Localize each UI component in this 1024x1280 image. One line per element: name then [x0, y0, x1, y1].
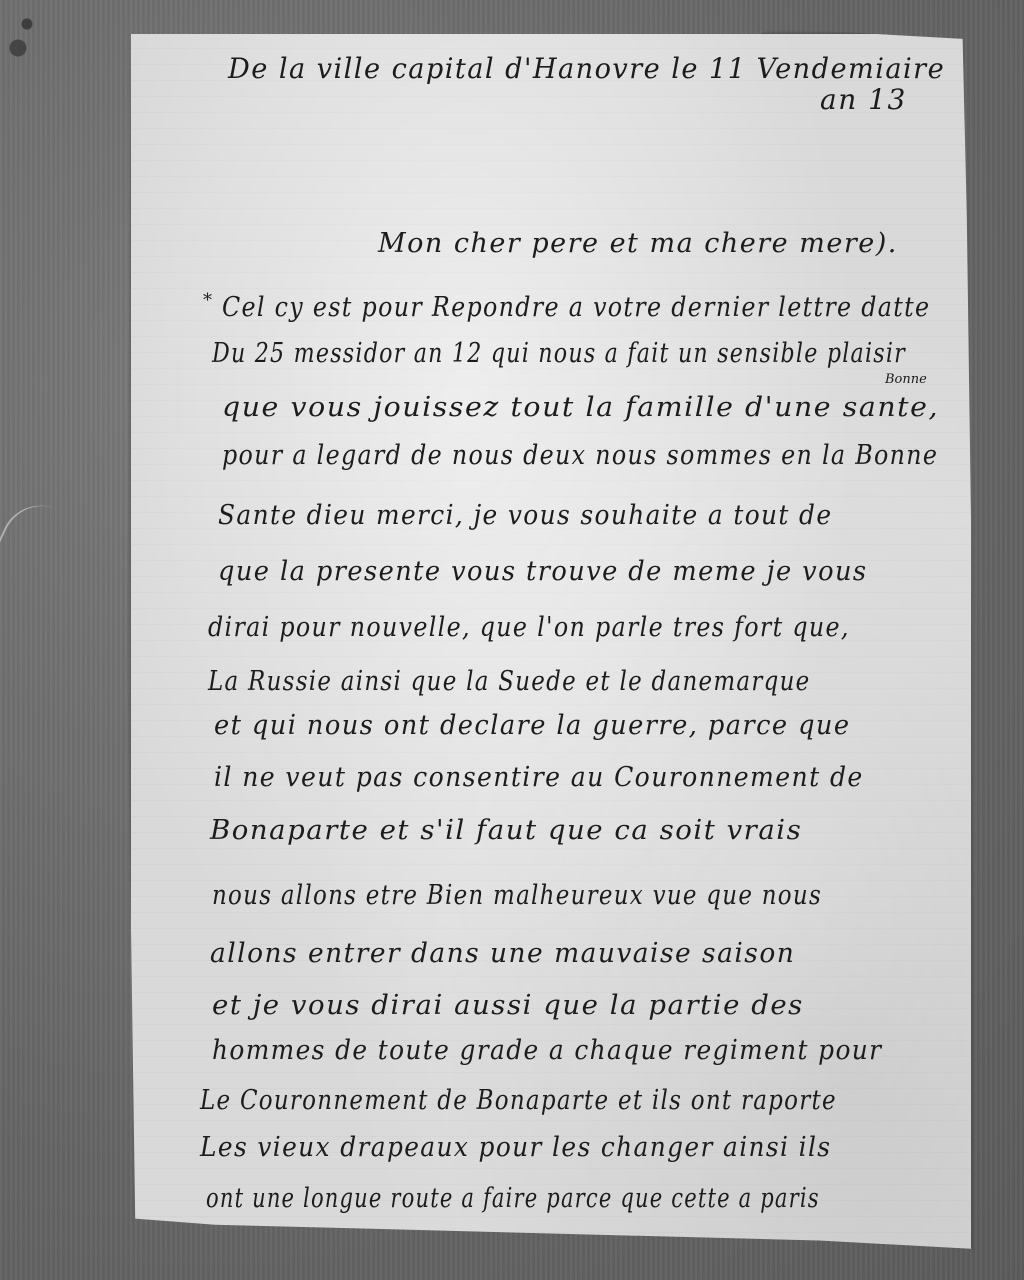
scan-fiber [0, 493, 86, 578]
body-line: hommes de toute grade a chaque regiment … [212, 1035, 882, 1066]
body-line: Le Couronnement de Bonaparte et ils ont … [200, 1085, 837, 1116]
header-place-date: De la ville capital d'Hanovre le 11 Vend… [228, 52, 945, 85]
body-line: Sante dieu merci, je vous souhaite a tou… [218, 500, 832, 531]
body-line: que vous jouissez tout la famille d'une … [222, 392, 939, 423]
interlinear-note: Bonne [885, 372, 927, 387]
body-line: Les vieux drapeaux pour les changer ains… [200, 1132, 831, 1163]
body-line: et qui nous ont declare la guerre, parce… [214, 710, 850, 741]
body-line: il ne veut pas consentire au Couronnemen… [214, 762, 864, 793]
body-line: que la presente vous trouve de meme je v… [218, 556, 868, 587]
margin-mark: * [203, 290, 212, 311]
body-line: Du 25 messidor an 12 qui nous a fait un … [212, 338, 906, 369]
body-line: allons entrer dans une mauvaise saison [210, 938, 795, 969]
header-year: an 13 [820, 83, 907, 116]
salutation: Mon cher pere et ma chere mere). [378, 228, 898, 259]
body-line: ont une longue route a faire parce que c… [206, 1183, 820, 1214]
body-line: La Russie ainsi que la Suede et le danem… [208, 666, 810, 697]
body-line: dirai pour nouvelle, que l'on parle tres… [208, 612, 850, 643]
body-line: et je vous dirai aussi que la partie des [212, 990, 804, 1021]
body-line: Bonaparte et s'il faut que ca soit vrais [210, 815, 802, 846]
body-line: pour a legard de nous deux nous sommes e… [222, 440, 938, 471]
body-line: Cel cy est pour Repondre a votre dernier… [222, 292, 930, 323]
scan-artifact [0, 0, 60, 120]
body-line: nous allons etre Bien malheureux vue que… [212, 880, 822, 911]
